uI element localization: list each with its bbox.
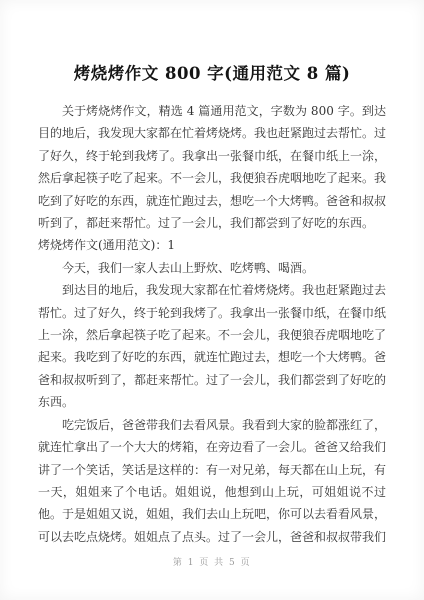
document-page: 烤烧烤作文 800 字(通用范文 8 篇) 关于烤烧烤作文，精选 4 篇通用范文… (0, 0, 424, 600)
paragraph: 到达目的地后，我发现大家都在忙着烤烧烤。我也赶紧跑过去帮忙。过了好久，终于轮到我… (38, 279, 386, 413)
document-title: 烤烧烤作文 800 字(通用范文 8 篇) (0, 60, 424, 84)
paragraph: 今天，我们一家人去山上野炊、吃烤鸭、喝酒。 (38, 257, 386, 279)
page-number: 第 1 页 共 5 页 (0, 555, 424, 568)
section-heading: 烤烧烤作文(通用范文)：1 (38, 234, 386, 256)
paragraph: 关于烤烧烤作文，精选 4 篇通用范文，字数为 800 字。到达目的地后，我发现大… (38, 100, 386, 234)
document-body: 关于烤烧烤作文，精选 4 篇通用范文，字数为 800 字。到达目的地后，我发现大… (38, 100, 386, 550)
paragraph: 吃完饭后，爸爸带我们去看风景。我看到大家的脸都涨红了，就连忙拿出了一个大大的烤箱… (38, 414, 386, 548)
